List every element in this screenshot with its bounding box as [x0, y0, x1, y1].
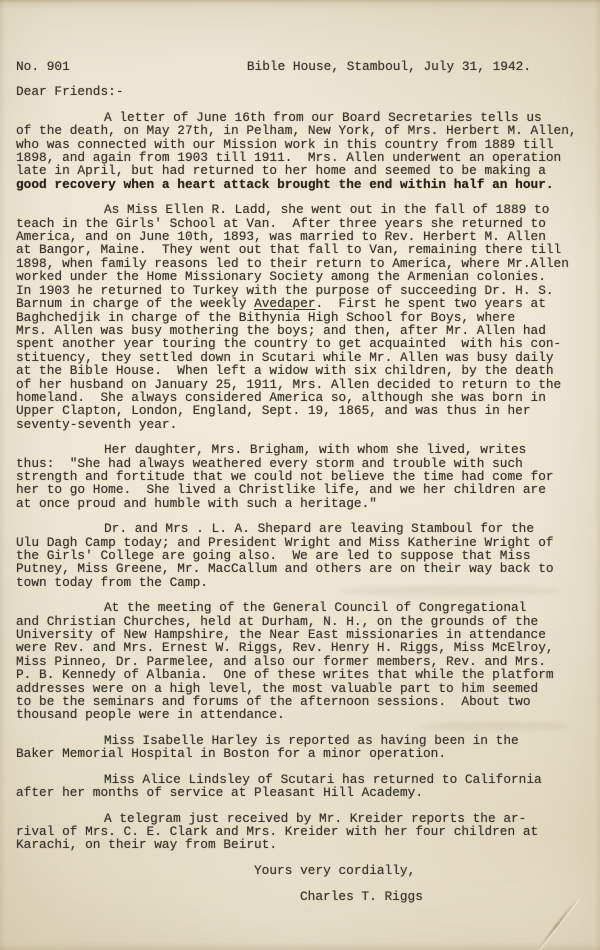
paragraph: At the meeting of the General Council of… — [16, 601, 586, 722]
text-line: her to go Home. She lived a Christlike l… — [16, 483, 586, 496]
text-line: As Miss Ellen R. Ladd, she went out in t… — [16, 203, 586, 216]
text-line: America, and on June 10th, 1893, was mar… — [16, 230, 586, 243]
text-line: of the death, on May 27th, in Pelham, Ne… — [16, 124, 586, 137]
text-line: seventy-seventh year. — [16, 418, 586, 431]
closing: Yours very cordially, — [254, 864, 586, 877]
text-line: Miss Isabelle Harley is reported as havi… — [16, 734, 586, 747]
text-line: spent another year touring the country t… — [16, 337, 586, 350]
text-line: Baghchedjik in charge of the Bithynia Hi… — [16, 311, 586, 324]
text-line: the Girls' College are going also. We ar… — [16, 549, 586, 562]
paragraph: Her daughter, Mrs. Brigham, with whom sh… — [16, 443, 586, 510]
text-line: A telegram just received by Mr. Kreider … — [16, 812, 586, 825]
letter-content: No. 901 Bible House, Stamboul, July 31, … — [0, 0, 600, 904]
letter-page: No. 901 Bible House, Stamboul, July 31, … — [0, 0, 600, 950]
text-line: late in April, but had returned to her h… — [16, 164, 586, 177]
paragraph: Miss Alice Lindsley of Scutari has retur… — [16, 773, 586, 800]
text-line: who was connected with our Mission work … — [16, 138, 586, 151]
text-line: Her daughter, Mrs. Brigham, with whom sh… — [16, 443, 586, 456]
paragraph: As Miss Ellen R. Ladd, she went out in t… — [16, 203, 586, 431]
text-line: Mrs. Allen was busy mothering the boys; … — [16, 324, 586, 337]
paragraph: A letter of June 16th from our Board Sec… — [16, 111, 586, 191]
paragraph: A telegram just received by Mr. Kreider … — [16, 812, 586, 852]
text-line: P. B. Kennedy of Albania. One of these w… — [16, 668, 586, 681]
text-line: at the Bible House. When left a widow wi… — [16, 364, 586, 377]
text-line: Miss Pinneo, Dr. Parmelee, and also our … — [16, 655, 586, 668]
paragraph: Dr. and Mrs . L. A. Shepard are leaving … — [16, 522, 586, 589]
letter-body: A letter of June 16th from our Board Sec… — [16, 111, 586, 852]
text-line: Putney, Miss Greene, Mr. MacCallum and o… — [16, 562, 586, 575]
text-line: at once proud and humble with such a her… — [16, 497, 586, 510]
salutation: Dear Friends:- — [16, 85, 586, 98]
text-line: homeland. She always considered America … — [16, 391, 586, 404]
paper-crease — [537, 897, 579, 949]
text-line: to be the seminars and forums of the aft… — [16, 695, 586, 708]
text-line: worked under the Home Missionary Society… — [16, 270, 586, 283]
text-line: strength and fortitude that we could not… — [16, 470, 586, 483]
text-segment: . First he spent two years at — [316, 296, 546, 311]
text-line: Miss Alice Lindsley of Scutari has retur… — [16, 773, 586, 786]
text-line: Upper Clapton, London, England, Sept. 19… — [16, 404, 586, 417]
text-line: University of New Hampshire, the Near Ea… — [16, 628, 586, 641]
text-line: were Rev. and Mrs. Ernest W. Riggs, Rev.… — [16, 641, 586, 654]
text-line: good recovery when a heart attack brough… — [16, 178, 586, 191]
text-line: Barnum in charge of the weekly Avedaper.… — [16, 297, 586, 310]
underlined-text: Avedaper — [254, 296, 315, 311]
text-line: and Christian Churches, held at Durham, … — [16, 615, 586, 628]
dateline: Bible House, Stamboul, July 31, 1942. — [247, 60, 531, 73]
text-line: at Bangor, Maine. They went out that fal… — [16, 243, 586, 256]
text-line: thus: "She had always weathered every st… — [16, 457, 586, 470]
text-line: Ulu Dagh Camp today; and President Wrigh… — [16, 536, 586, 549]
text-line: thousand people were in attendance. — [16, 708, 586, 721]
text-segment: Barnum in charge of the weekly — [16, 296, 254, 311]
text-line: teach in the Girls' School at Van. After… — [16, 217, 586, 230]
document-number: No. 901 — [16, 60, 70, 73]
text-line: Baker Memorial Hospital in Boston for a … — [16, 747, 586, 760]
paragraph: Miss Isabelle Harley is reported as havi… — [16, 734, 586, 761]
text-line: At the meeting of the General Council of… — [16, 601, 586, 614]
signature: Charles T. Riggs — [300, 890, 586, 903]
text-line: A letter of June 16th from our Board Sec… — [16, 111, 586, 124]
text-line: Dr. and Mrs . L. A. Shepard are leaving … — [16, 522, 586, 535]
text-line: 1898, when family reasons led to their r… — [16, 257, 586, 270]
text-line: Karachi, on their way from Beirut. — [16, 838, 586, 851]
letter-header: No. 901 Bible House, Stamboul, July 31, … — [16, 60, 586, 73]
text-line: town today from the Camp. — [16, 576, 586, 589]
text-line: addresses were on a high level, the most… — [16, 682, 586, 695]
text-line: stituency, they settled down in Scutari … — [16, 351, 586, 364]
text-line: rival of Mrs. C. E. Clark and Mrs. Kreid… — [16, 825, 586, 838]
closing-block: Yours very cordially, Charles T. Riggs — [16, 864, 586, 904]
text-line: of her husband on January 25, 1911, Mrs.… — [16, 378, 586, 391]
text-line: after her months of service at Pleasant … — [16, 786, 586, 799]
text-line: 1898, and again from 1903 till 1911. Mrs… — [16, 151, 586, 164]
text-line: In 1903 he returned to Turkey with the p… — [16, 284, 586, 297]
